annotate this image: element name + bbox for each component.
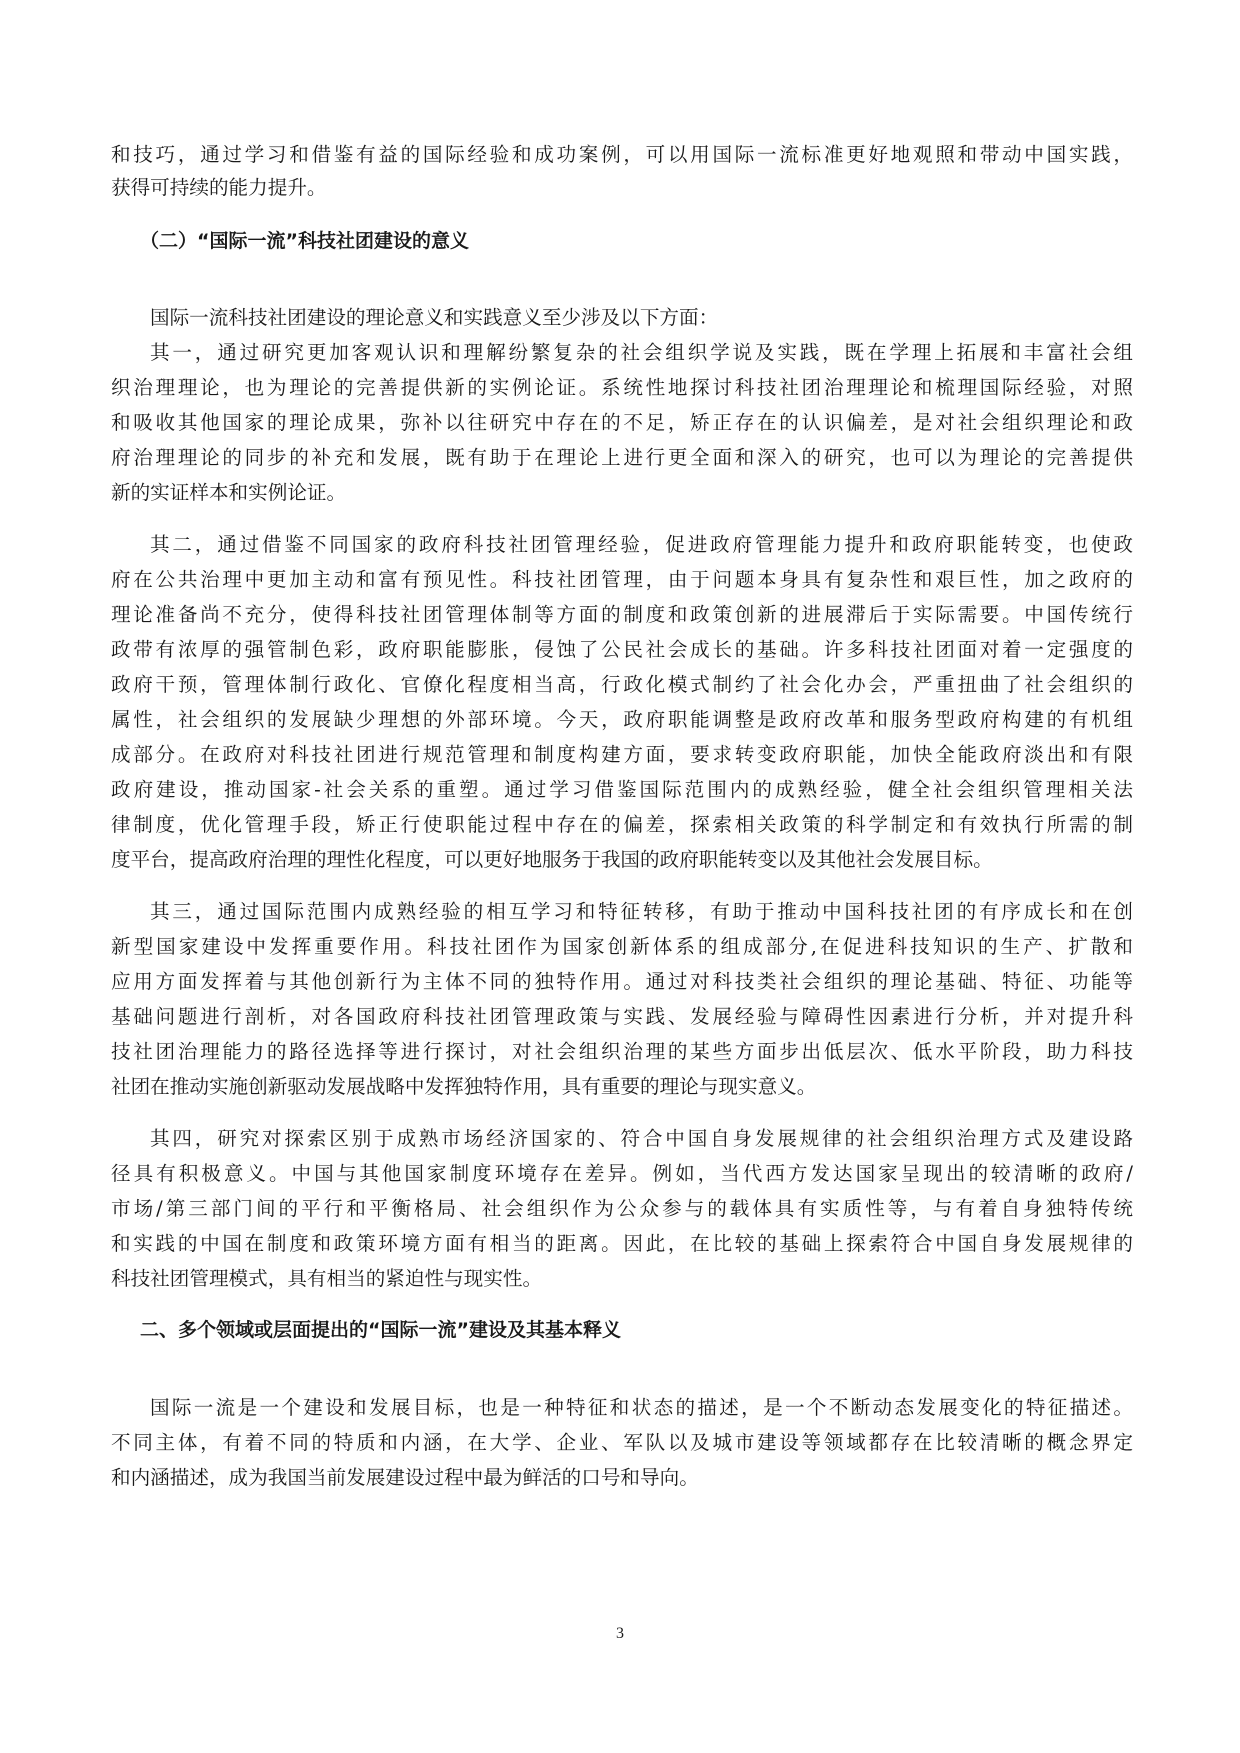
document-page: 和技巧，通过学习和借鉴有益的国际经验和成功案例，可以用国际一流标准更好地观照和带… [0,0,1240,1753]
paragraph-line: 径具有积极意义。中国与其他国家制度环境存在差异。例如，当代西方发达国家呈现出的较… [111,1162,1133,1186]
section-heading: （二）“国际一流”科技社团建设的意义 [140,229,1162,253]
paragraph-line: 社团在推动实施创新驱动发展战略中发挥独特作用，具有重要的理论与现实意义。 [111,1075,1133,1099]
paragraph-line: 理论准备尚不充分，使得科技社团管理体制等方面的制度和政策创新的进展滞后于实际需要… [111,603,1133,627]
section-heading: 二、多个领域或层面提出的“国际一流”建设及其基本释义 [140,1318,1162,1342]
paragraph-line: 其四，研究对探索区别于成熟市场经济国家的、符合中国自身发展规律的社会组织治理方式… [150,1127,1133,1151]
paragraph-line: 成部分。在政府对科技社团进行规范管理和制度构建方面，要求转变政府职能，加快全能政… [111,743,1133,767]
paragraph-line: 和内涵描述，成为我国当前发展建设过程中最为鲜活的口号和导向。 [111,1466,1133,1490]
paragraph-line: 新的实证样本和实例论证。 [111,481,1133,505]
paragraph-line: 政府干预，管理体制行政化、官僚化程度相当高，行政化模式制约了社会化办会，严重扭曲… [111,673,1133,697]
paragraph-line: 国际一流科技社团建设的理论意义和实践意义至少涉及以下方面： [150,306,1133,330]
paragraph-line: 国际一流是一个建设和发展目标，也是一种特征和状态的描述，是一个不断动态发展变化的… [150,1396,1133,1420]
paragraph-line: 和实践的中国在制度和政策环境方面有相当的距离。因此，在比较的基础上探索符合中国自… [111,1232,1133,1256]
paragraph-line: 其二，通过借鉴不同国家的政府科技社团管理经验，促进政府管理能力提升和政府职能转变… [150,533,1133,557]
paragraph-line: 政府建设，推动国家-社会关系的重塑。通过学习借鉴国际范围内的成熟经验，健全社会组… [111,778,1133,802]
paragraph-line: 属性，社会组织的发展缺少理想的外部环境。今天，政府职能调整是政府改革和服务型政府… [111,708,1133,732]
paragraph-line: 应用方面发挥着与其他创新行为主体不同的独特作用。通过对科技类社会组织的理论基础、… [111,970,1133,994]
paragraph-line: 度平台，提高政府治理的理性化程度，可以更好地服务于我国的政府职能转变以及其他社会… [111,848,1133,872]
page-number: 3 [0,1625,1240,1643]
paragraph-line: 其三，通过国际范围内成熟经验的相互学习和特征转移，有助于推动中国科技社团的有序成… [150,900,1133,924]
paragraph-line: 织治理理论，也为理论的完善提供新的实例论证。系统性地探讨科技社团治理理论和梳理国… [111,376,1133,400]
paragraph-line: 府在公共治理中更加主动和富有预见性。科技社团管理，由于问题本身具有复杂性和艰巨性… [111,568,1133,592]
paragraph-line: 新型国家建设中发挥重要作用。科技社团作为国家创新体系的组成部分,在促进科技知识的… [111,935,1133,959]
paragraph-line: 政带有浓厚的强管制色彩，政府职能膨胀，侵蚀了公民社会成长的基础。许多科技社团面对… [111,638,1133,662]
paragraph-line: 基础问题进行剖析，对各国政府科技社团管理政策与实践、发展经验与障碍性因素进行分析… [111,1005,1133,1029]
paragraph-line: 府治理理论的同步的补充和发展，既有助于在理论上进行更全面和深入的研究，也可以为理… [111,446,1133,470]
paragraph-line: 其一，通过研究更加客观认识和理解纷繁复杂的社会组织学说及实践，既在学理上拓展和丰… [150,341,1133,365]
paragraph-line: 市场/第三部门间的平行和平衡格局、社会组织作为公众参与的载体具有实质性等，与有着… [111,1197,1133,1221]
paragraph-line: 和吸收其他国家的理论成果，弥补以往研究中存在的不足，矫正存在的认识偏差，是对社会… [111,411,1133,435]
paragraph-line: 技社团治理能力的路径选择等进行探讨，对社会组织治理的某些方面步出低层次、低水平阶… [111,1040,1133,1064]
paragraph-line: 科技社团管理模式，具有相当的紧迫性与现实性。 [111,1267,1133,1291]
paragraph-line: 和技巧，通过学习和借鉴有益的国际经验和成功案例，可以用国际一流标准更好地观照和带… [111,143,1133,167]
paragraph-line: 不同主体，有着不同的特质和内涵，在大学、企业、军队以及城市建设等领域都存在比较清… [111,1431,1133,1455]
paragraph-line: 获得可持续的能力提升。 [111,176,1133,200]
paragraph-line: 律制度，优化管理手段，矫正行使职能过程中存在的偏差，探索相关政策的科学制定和有效… [111,813,1133,837]
